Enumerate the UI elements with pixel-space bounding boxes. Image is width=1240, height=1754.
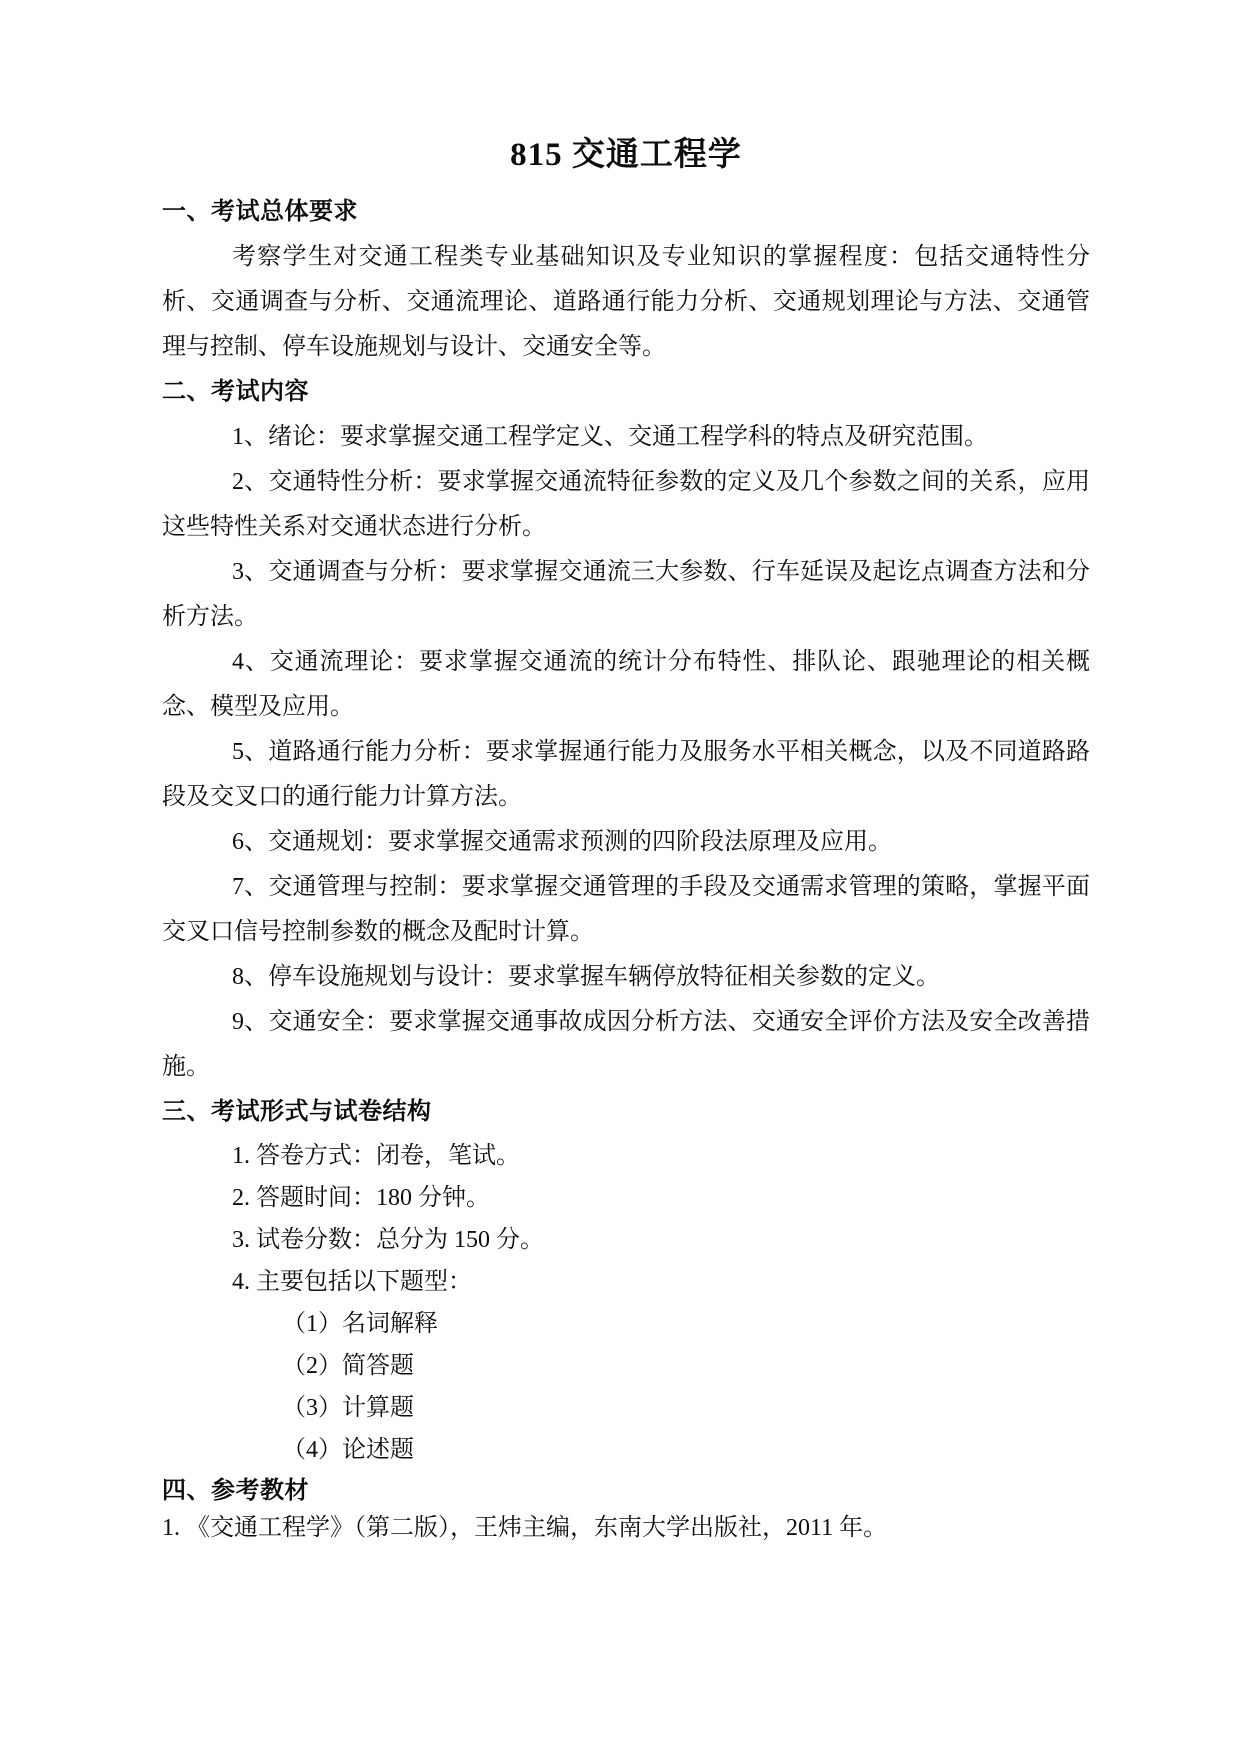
section-heading-exam-content: 二、考试内容	[162, 370, 1090, 415]
exam-format-item-3: 3. 试卷分数：总分为 150 分。	[162, 1219, 1090, 1261]
exam-content-item-9: 9、交通安全：要求掌握交通事故成因分析方法、交通安全评价方法及安全改善措施。	[162, 1000, 1090, 1090]
exam-content-item-3: 3、交通调查与分析：要求掌握交通流三大参数、行车延误及起讫点调查方法和分析方法。	[162, 550, 1090, 640]
exam-content-item-8: 8、停车设施规划与设计：要求掌握车辆停放特征相关参数的定义。	[162, 955, 1090, 1000]
exam-content-item-4: 4、交通流理论：要求掌握交通流的统计分布特性、排队论、跟驰理论的相关概念、模型及…	[162, 640, 1090, 730]
section-heading-reference-materials: 四、参考教材	[162, 1471, 1090, 1511]
exam-content-item-5: 5、道路通行能力分析：要求掌握通行能力及服务水平相关概念，以及不同道路路段及交叉…	[162, 730, 1090, 820]
question-type-item-4: （4）论述题	[162, 1429, 1090, 1471]
overall-requirements-paragraph: 考察学生对交通工程类专业基础知识及专业知识的掌握程度：包括交通特性分析、交通调查…	[162, 235, 1090, 370]
exam-format-item-2: 2. 答题时间：180 分钟。	[162, 1177, 1090, 1219]
exam-content-item-7: 7、交通管理与控制：要求掌握交通管理的手段及交通需求管理的策略，掌握平面交叉口信…	[162, 865, 1090, 955]
section-heading-overall-requirements: 一、考试总体要求	[162, 190, 1090, 235]
exam-content-item-1: 1、绪论：要求掌握交通工程学定义、交通工程学科的特点及研究范围。	[162, 415, 1090, 460]
section-heading-exam-format: 三、考试形式与试卷结构	[162, 1090, 1090, 1135]
question-type-item-3: （3）计算题	[162, 1387, 1090, 1429]
document-page: 815 交通工程学 一、考试总体要求 考察学生对交通工程类专业基础知识及专业知识…	[0, 0, 1240, 1754]
question-type-item-2: （2）简答题	[162, 1345, 1090, 1387]
exam-content-item-6: 6、交通规划：要求掌握交通需求预测的四阶段法原理及应用。	[162, 820, 1090, 865]
exam-content-item-2: 2、交通特性分析：要求掌握交通流特征参数的定义及几个参数之间的关系，应用这些特性…	[162, 460, 1090, 550]
reference-book-item: 1. 《交通工程学》（第二版），王炜主编，东南大学出版社，2011 年。	[162, 1511, 1090, 1545]
exam-format-item-4: 4. 主要包括以下题型：	[162, 1261, 1090, 1303]
exam-format-item-1: 1. 答卷方式：闭卷，笔试。	[162, 1135, 1090, 1177]
question-type-item-1: （1）名词解释	[162, 1303, 1090, 1345]
page-title: 815 交通工程学	[162, 132, 1090, 178]
